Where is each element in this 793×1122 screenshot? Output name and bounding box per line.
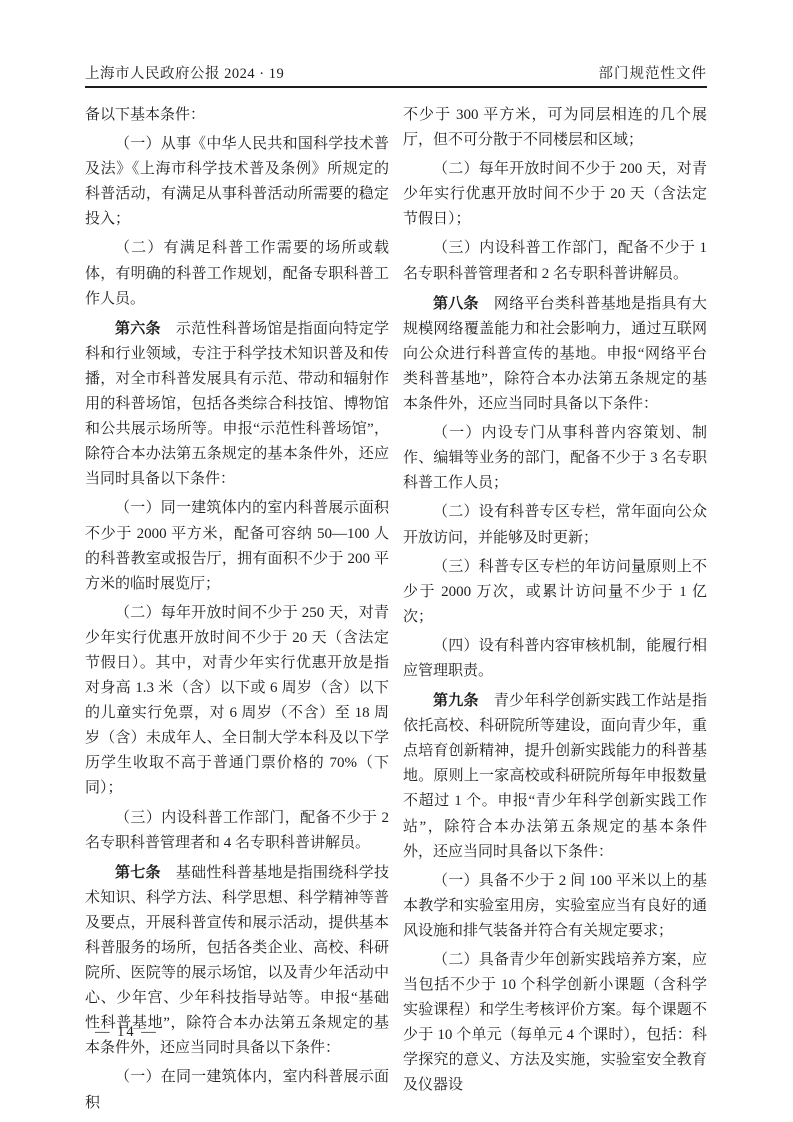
paragraph: （一）同一建筑体内的室内科普展示面积不少于 2000 平方米，配备可容纳 50—… [85,496,389,596]
paragraph: 不少于 300 平方米，可为同层相连的几个展厅，但不可分散于不同楼层和区域； [403,103,707,153]
right-column: 不少于 300 平方米，可为同层相连的几个展厅，但不可分散于不同楼层和区域；（二… [403,103,707,1116]
header-rule [85,86,707,88]
paragraph: （二）每年开放时间不少于 200 天，对青少年实行优惠开放时间不少于 20 天（… [403,157,707,232]
paragraph: （三）科普专区专栏的年访问量原则上不少于 2000 万次，或累计访问量不少于 1… [403,555,707,630]
left-column: 备以下基本条件：（一）从事《中华人民共和国科学技术普及法》《上海市科学技术普及条… [85,103,389,1116]
paragraph: 第九条 青少年科学创新实践工作站是指依托高校、科研院所等建设，面向青少年，重点培… [403,688,707,865]
paragraph: （二）具备青少年创新实践培养方案，应当包括不少于 10 个科学创新小课题（含科学… [403,948,707,1099]
paragraph: （一）内设专门从事科普内容策划、制作、编辑等业务的部门，配备不少于 3 名专职科… [403,421,707,496]
paragraph: （四）设有科普内容审核机制，能履行相应管理职责。 [403,634,707,684]
article-label: 第七条 [115,864,161,881]
paragraph: 第八条 网络平台类科普基地是指具有大规模网络覆盖能力和社会影响力，通过互联网向公… [403,291,707,417]
paragraph: （二）每年开放时间不少于 250 天，对青少年实行优惠开放时间不少于 20 天（… [85,601,389,802]
paragraph: （一）具备不少于 2 间 100 平米以上的基本教学和实验室用房，实验室应当有良… [403,869,707,944]
paragraph: （三）内设科普工作部门，配备不少于 2 名专职科普管理者和 4 名专职科普讲解员… [85,806,389,856]
gazette-title: 上海市人民政府公报 2024 · 19 [85,62,284,83]
paragraph: 第六条 示范性科普场馆是指面向特定学科和行业领域，专注于科学技术知识普及和传播，… [85,316,389,493]
section-title: 部门规范性文件 [599,62,708,83]
paragraph: 备以下基本条件： [85,103,389,128]
article-label: 第六条 [115,320,161,337]
paragraph: （二）有满足科普工作需要的场所或载体，有明确的科普工作规划，配备专职科普工作人员… [85,236,389,311]
paragraph: （二）设有科普专区专栏，常年面向公众开放访问，并能够及时更新； [403,500,707,550]
article-label: 第八条 [433,295,479,312]
paragraph: （三）内设科普工作部门，配备不少于 1 名专职科普管理者和 2 名专职科普讲解员… [403,236,707,286]
document-body: 备以下基本条件：（一）从事《中华人民共和国科学技术普及法》《上海市科学技术普及条… [85,103,707,1116]
gazette-page: 上海市人民政府公报 2024 · 19 部门规范性文件 备以下基本条件：（一）从… [0,0,793,1122]
paragraph: （一）从事《中华人民共和国科学技术普及法》《上海市科学技术普及条例》所规定的科普… [85,132,389,232]
page-number: — 14 — [95,1024,158,1041]
paragraph: （一）在同一建筑体内，室内科普展示面积 [85,1065,389,1115]
article-label: 第九条 [433,692,479,709]
